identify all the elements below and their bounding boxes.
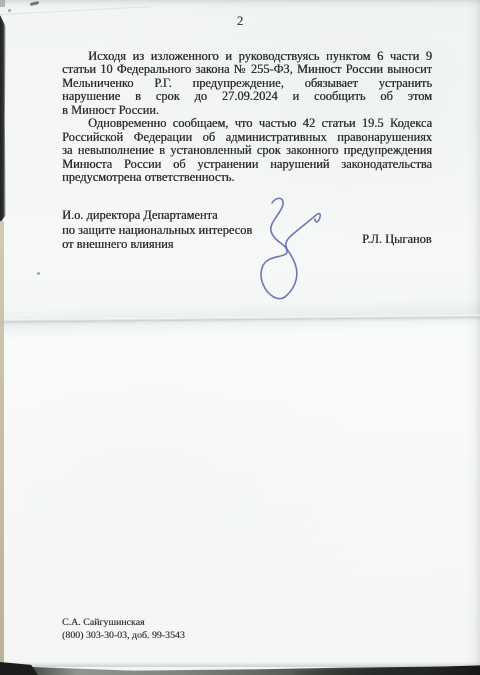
body-paragraphs: Исходя из изложенного и руководствуясь п… [62, 50, 432, 184]
scan-edge-bottom-shadow [0, 662, 480, 667]
scan-edge-left-dark [0, 15, 6, 223]
paragraph-line: Одновременно сообщаем, что частью 42 ста… [62, 117, 432, 130]
paragraph-line: предусмотрена ответственность. [62, 171, 432, 184]
scan-speck [37, 272, 40, 275]
executor-phone: (800) 303-30-03, доб. 99-3543 [62, 630, 185, 643]
paragraph-line: нарушение в срок до 27.09.2024 и сообщит… [62, 90, 432, 103]
handwritten-signature [249, 196, 333, 310]
scan-speck [30, 1, 39, 6]
paragraph-line: статьи 10 Федерального закона № 255-ФЗ, … [62, 63, 432, 76]
scanned-document-page: 2 Исходя из изложенного и руководствуясь… [0, 0, 480, 675]
paper-fold-crease [0, 315, 480, 323]
page-number: 2 [0, 14, 480, 29]
signer-name: Р.Л. Цыганов [362, 232, 432, 247]
scan-edge-left-tan [0, 221, 4, 667]
executor-name: С.А. Сайгушинская [62, 617, 185, 630]
paragraph-line: Мельниченко Р.Г. предупреждение, обязыва… [62, 77, 432, 90]
signer-title: И.о. директора Департамента по защите на… [62, 208, 252, 252]
signature-stroke [261, 198, 320, 298]
paragraph: Одновременно сообщаем, что частью 42 ста… [62, 117, 432, 184]
paragraph-line: Минюста России об устранении нарушений з… [62, 158, 432, 171]
signer-title-line: от внешнего влияния [62, 237, 252, 252]
paragraph-line: в Минюст России. [62, 104, 432, 117]
paragraph: Исходя из изложенного и руководствуясь п… [62, 50, 432, 117]
scan-edge-left-top [0, 0, 5, 7]
executor-footer: С.А. Сайгушинская (800) 303-30-03, доб. … [62, 617, 185, 642]
signer-title-line: по защите национальных интересов [62, 223, 252, 238]
paragraph-line: Исходя из изложенного и руководствуясь п… [62, 50, 432, 63]
signer-title-line: И.о. директора Департамента [62, 208, 252, 223]
scan-speck [8, 9, 11, 12]
paragraph-line: за невыполнение в установленный срок зак… [62, 144, 432, 157]
paragraph-line: Российской Федерации об административных… [62, 131, 432, 144]
